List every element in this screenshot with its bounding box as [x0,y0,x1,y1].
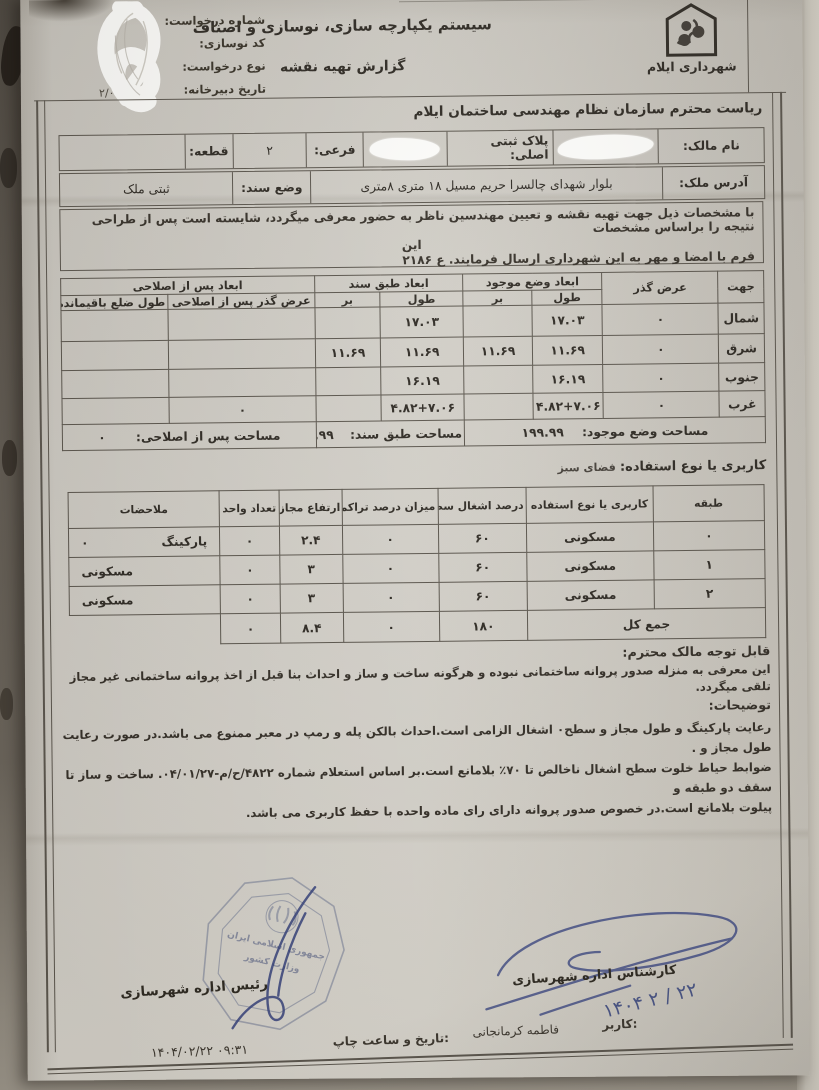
grp-existing: ابعاد وضع موجود [463,272,602,291]
municipality-name: شهرداری ایلام [642,58,742,74]
total-height: ۸.۴ [280,612,343,643]
total-occupancy: ۱۸۰ [439,610,528,641]
area-corrected-cell: مساحت پس از اصلاحی: ۰ [62,422,316,451]
owner-name-redaction [552,129,658,164]
address-row: آدرس ملک: بلوار شهدای چالسرا حریم مسیل ۱… [59,165,765,207]
main-plate-label: پلاک ثبتی اصلی: [447,131,553,166]
print-datetime-value: ۱۴۰۴/۰۲/۲۲ ۰۹:۳۱ [151,1042,249,1060]
remark-text: پارکینگ [161,534,207,549]
deed-status-label: وضع سند: [232,171,310,204]
form-content: سیستم یکپارچه سازی، نوسازی و اصناف گزارش… [0,0,819,1090]
col-frontage-existing: بر [463,290,532,306]
floors-table: طبقه کاربری یا نوع استفاده درصد اشغال سط… [68,484,767,646]
footer: کاربر: فاطمه کرمانجانی تاریخ و ساعت چاپ:… [40,1000,794,1090]
total-label: جمع کل [527,608,765,641]
sub-plate-label: فرعی: [306,133,363,168]
header-divider [747,0,749,92]
col-height: ارتفاع مجاز [279,489,342,526]
direction-cell: شمال [718,303,764,335]
user-label: کاربر: [602,1017,638,1032]
usage-value: فضای سبز [543,461,615,475]
house-emblem-icon [641,1,742,58]
address-label: آدرس ملک: [662,166,764,199]
area-corrected-label: مساحت پس از اصلاحی: [136,428,281,444]
remark-note: ۰ [81,536,89,550]
parcel-label: قطعه: [184,134,232,169]
owner-row: نام مالک: پلاک ثبتی اصلی: فرعی: ۲ قطعه: [58,127,764,171]
grp-deed: ابعاد طبق سند [314,274,463,293]
address-value: بلوار شهدای چالسرا حریم مسیل ۱۸ متری ۸مت… [310,167,662,203]
direction-cell: جنوب [719,363,765,392]
notice-section: قابل توجه مالک محترم: این معرفی به منزله… [52,644,772,825]
area-existing-cell: مساحت وضع موجود: ۱۹۹.۹۹ [464,417,765,446]
user-name: فاطمه کرمانجانی [472,1022,559,1039]
photographed-document: { "header": { "system_title": "سیستم یکپ… [0,0,819,1090]
col-direction: جهت [718,271,764,304]
total-density: ۰ [343,611,439,642]
notice-body: این معرفی به منزله صدور پروانه ساختمانی … [53,661,771,703]
col-occupancy: درصد اشغال سطح [438,487,527,524]
intro-box: با مشخصات ذیل جهت تهیه نقشه و تعیین مهند… [59,201,764,271]
col-passage-width: عرض گذر [602,271,718,304]
main-plate-redaction [362,132,447,167]
direction-cell: شرق [719,334,765,364]
col-use: کاربری یا نوع استفاده [526,486,653,523]
area-deed-cell: مساحت طبق سند: ۱۹۹.۹۹ [316,420,465,448]
col-units: تعداد واحد [219,490,279,527]
usage-line: کاربری یا نوع استفاده: فضای سبز [394,458,766,477]
sub-plate-value: ۲ [232,133,306,168]
col-floor: طبقه [653,485,765,522]
area-existing-value: ۱۹۹.۹۹ [522,425,578,440]
col-corrected-passage: عرض گذر پس از اصلاحی [168,293,315,310]
remark-text: مسکونی [82,593,134,608]
parcel-value [60,135,185,170]
col-density: میزان درصد تراکم [342,488,438,525]
col-length-existing: طول [532,289,602,305]
deed-status-value: ثبتی ملک [60,172,233,206]
dimensions-table: جهت عرض گذر ابعاد وضع موجود ابعاد طبق سن… [60,270,766,451]
area-deed-label: مساحت طبق سند: [350,426,462,441]
remark-text: مسکونی [81,564,133,579]
col-length-deed: طول [380,291,463,307]
print-datetime-label: تاریخ و ساعت چاپ: [332,1031,449,1049]
col-remarks: ملاحضات [68,491,219,529]
area-existing-label: مساحت وضع موجود: [582,423,708,438]
col-frontage-deed: بر [315,292,381,308]
area-deed-value: ۱۹۹.۹۹ [316,427,346,442]
owner-name-label: نام مالک: [658,128,764,163]
whiteout-scribble [85,1,182,122]
area-corrected-value: ۰ [98,430,132,444]
municipality-logo: شهرداری ایلام [641,1,742,74]
usage-label: کاربری یا نوع استفاده: [620,458,767,475]
total-units: ۰ [220,613,280,644]
col-remaining-side: طول ضلع باقیمانده [61,294,168,310]
direction-cell: غرب [719,391,765,418]
